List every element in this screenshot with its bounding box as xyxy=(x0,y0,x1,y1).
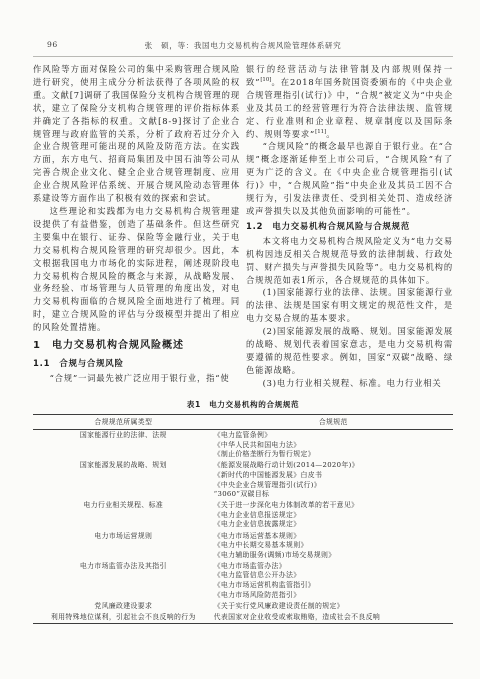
paragraph-text: 。 xyxy=(326,129,335,139)
table-header-type: 合规规范所属类型 xyxy=(33,415,214,430)
right-column: 银行的经营活动与法律管制及内部规则保持一致”[10]。在2018年国务院国资委颁… xyxy=(246,63,453,399)
norm-item: 《电力市场运营机构监管指引》 xyxy=(214,581,453,591)
paragraph-text: 。在2018年国务院国资委颁布的《中央企业合规管理指引(试行)》中，“合规”被定… xyxy=(246,77,453,139)
norm-item: 代表国家对企业收受或索取贿赂，造成社会不良反响 xyxy=(214,613,453,623)
related-work-paragraph-continued: 作风险等方面对保险公司的集中采购管理合规风险进行研究，使用主成分分析法获得了各项… xyxy=(33,63,240,205)
norm-item: 《电力监管条例》 xyxy=(214,431,453,441)
type-cell: 电力市场监管办法及其指引 xyxy=(33,561,214,601)
norm-item: 《电力市场监管办法》 xyxy=(214,562,453,572)
table-1-block: 表1 电力交易机构的合规规范 合规规范所属类型 合规规范 国家能源行业的法律、法… xyxy=(33,399,453,624)
norm-cell: 《电力市场监管办法》 《电力监管信息公开办法》 《电力市场运营机构监管指引》 《… xyxy=(214,561,453,601)
type-cell: 电力行业相关规程、标准 xyxy=(33,500,214,530)
compliance-definition-paragraph-continued: 银行的经营活动与法律管制及内部规则保持一致”[10]。在2018年国务院国资委颁… xyxy=(246,63,453,140)
norm-item: 《关于实行党风廉政建设责任制的规定》 xyxy=(214,602,453,612)
section-1-2-heading: 1.2 电力交易机构合规风险与合规规范 xyxy=(246,220,453,233)
norm-item: 《电力监管信息公开办法》 xyxy=(214,571,453,581)
norm-item: 《新时代的中国能源发展》白皮书 xyxy=(214,471,453,481)
norm-item: 《电力企业信息披露规定》 xyxy=(214,520,453,530)
type-cell: 国家能源行业的法律、法规 xyxy=(33,430,214,461)
norm-item: 《电力中长期交易基本规则》 xyxy=(214,541,453,551)
compliance-definition-paragraph-start: “合规”一词最先被广泛应用于银行业，指“使 xyxy=(33,372,240,385)
table-header-norm: 合规规范 xyxy=(214,415,453,430)
norm-item-2-paragraph: (2)国家能源发展的战略、规划。国家能源发展的战略、规划代表着国家意志，是电力交… xyxy=(246,325,453,377)
table-row: 电力行业相关规程、标准 《关于进一步深化电力体制改革的若干意见》 《电力企业信息… xyxy=(33,500,453,530)
citation-ref-11: [11] xyxy=(315,129,326,135)
table-header-row: 合规规范所属类型 合规规范 xyxy=(33,415,453,430)
norm-cell: 《能源发展战略行动计划(2014—2020年)》 《新时代的中国能源发展》白皮书… xyxy=(214,460,453,500)
motivation-paragraph: 这些理论和实践都为电力交易机构合规管理建设提供了有益借鉴，创造了基础条件。但这些… xyxy=(33,205,240,334)
type-cell: 利用特殊地位谋利，引起社会不良反响的行为 xyxy=(33,612,214,624)
compliance-table: 合规规范所属类型 合规规范 国家能源行业的法律、法规 《电力监管条例》 《中华人… xyxy=(33,414,453,624)
header-rule xyxy=(33,56,453,57)
table-row: 电力市场运营规则 《电力市场运营基本规则》 《电力中长期交易基本规则》 《电力辅… xyxy=(33,531,453,561)
norm-item: 《电力市场风险防范指引》 xyxy=(214,591,453,601)
norm-item: 《电力辅助服务(调频)市场交易规则》 xyxy=(214,551,453,561)
table-row: 党风廉政建设要求 《关于实行党风廉政建设责任制的规定》 xyxy=(33,601,453,612)
table-1-title: 表1 电力交易机构的合规规范 xyxy=(33,399,453,410)
type-cell: 电力市场运营规则 xyxy=(33,531,214,561)
norm-item-3-paragraph-start: (3)电力行业相关规程、标准。电力行业相关 xyxy=(246,377,453,390)
left-column: 作风险等方面对保险公司的集中采购管理合规风险进行研究，使用主成分分析法获得了各项… xyxy=(33,63,240,399)
section-1-1-heading: 1.1 合规与合规风险 xyxy=(33,357,240,370)
norm-item: 《中华人民共和国电力法》 xyxy=(214,441,453,451)
norm-item: 《电力企业信息报送规定》 xyxy=(214,511,453,521)
running-header: 96 张 硕，等：我国电力交易机构合规风险管理体系研究 xyxy=(33,40,453,52)
paper-page: 96 张 硕，等：我国电力交易机构合规风险管理体系研究 作风险等方面对保险公司的… xyxy=(0,0,480,679)
norm-cell: 代表国家对企业收受或索取贿赂，造成社会不良反响 xyxy=(214,612,453,624)
norm-cell: 《电力市场运营基本规则》 《电力中长期交易基本规则》 《电力辅助服务(调频)市场… xyxy=(214,531,453,561)
compliance-risk-concept-paragraph: “合规风险”的概念最早也源自于银行业。在“合规”概念逐渐延伸至上市公司后，“合规… xyxy=(246,140,453,217)
norm-item-1-paragraph: (1)国家能源行业的法律、法规。国家能源行业的法律、法规是国家有明文规定的规范性… xyxy=(246,286,453,325)
norm-item: “3060”双碳目标 xyxy=(214,490,453,500)
type-cell: 党风廉政建设要求 xyxy=(33,601,214,612)
norm-item: 《中央企业合规管理指引(试行)》 xyxy=(214,481,453,491)
table-row: 电力市场监管办法及其指引 《电力市场监管办法》 《电力监管信息公开办法》 《电力… xyxy=(33,561,453,601)
running-title: 张 硕，等：我国电力交易机构合规风险管理体系研究 xyxy=(33,40,453,51)
norm-cell: 《关于实行党风廉政建设责任制的规定》 xyxy=(214,601,453,612)
section-1-heading: 1 电力交易机构合规风险概述 xyxy=(33,340,240,353)
norm-cell: 《电力监管条例》 《中华人民共和国电力法》 《制止价格垄断行为暂行规定》 xyxy=(214,430,453,461)
norm-item: 《能源发展战略行动计划(2014—2020年)》 xyxy=(214,461,453,471)
norm-cell: 《关于进一步深化电力体制改革的若干意见》 《电力企业信息报送规定》 《电力企业信… xyxy=(214,500,453,530)
table-row: 利用特殊地位谋利，引起社会不良反响的行为 代表国家对企业收受或索取贿赂，造成社会… xyxy=(33,612,453,624)
table-row: 国家能源行业的法律、法规 《电力监管条例》 《中华人民共和国电力法》 《制止价格… xyxy=(33,430,453,461)
norm-item: 《电力市场运营基本规则》 xyxy=(214,532,453,542)
citation-ref-10: [10] xyxy=(260,77,271,83)
table-row: 国家能源发展的战略、规划 《能源发展战略行动计划(2014—2020年)》 《新… xyxy=(33,460,453,500)
risk-definition-paragraph: 本文将电力交易机构合规风险定义为“电力交易机构因违反相关合规规范导致的法律制裁、… xyxy=(246,235,453,287)
norm-item: 《制止价格垄断行为暂行规定》 xyxy=(214,450,453,460)
norm-item: 《关于进一步深化电力体制改革的若干意见》 xyxy=(214,501,453,511)
type-cell: 国家能源发展的战略、规划 xyxy=(33,460,214,500)
